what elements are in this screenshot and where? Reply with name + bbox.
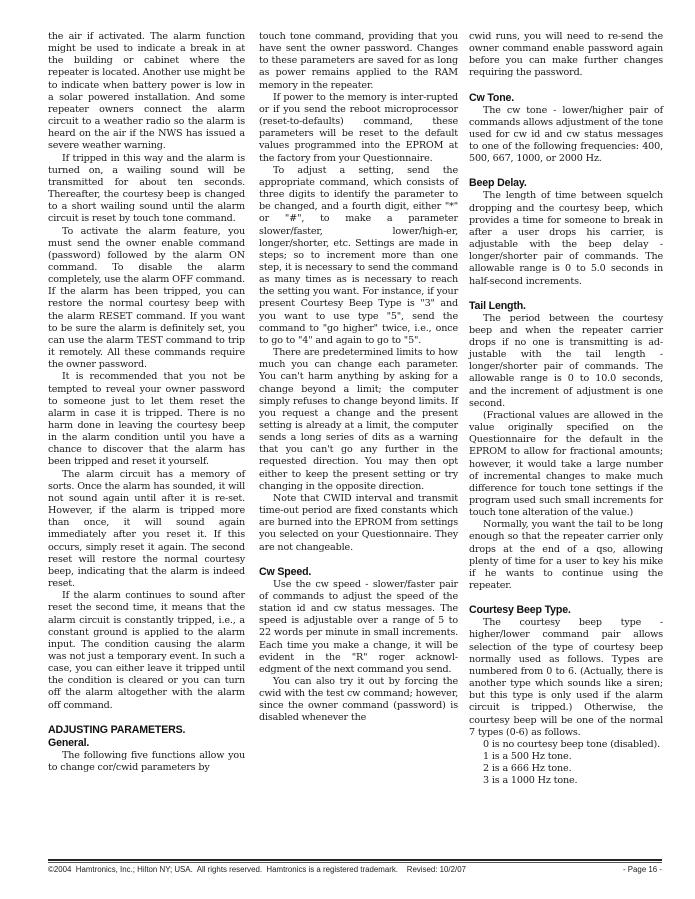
paragraph: The length of time between squelch dropp… xyxy=(469,190,663,287)
paragraph: touch tone command, providing that you h… xyxy=(259,31,458,92)
spacer xyxy=(469,80,663,92)
section-heading-adjusting-parameters: ADJUSTING PARAMETERS. xyxy=(48,724,245,737)
list-item: 3 is a 1000 Hz tone. xyxy=(469,775,663,787)
paragraph: There are predetermined limits to how mu… xyxy=(259,347,458,493)
paragraph: (Fractional values are allowed in the va… xyxy=(469,410,663,519)
paragraph: The following five functions allow you t… xyxy=(48,750,245,774)
paragraph: Use the cw speed - slower/faster pair of… xyxy=(259,579,458,676)
paragraph: The courtesy beep type - higher/lower co… xyxy=(469,617,663,739)
paragraph: The period between the courtesy beep and… xyxy=(469,313,663,410)
paragraph: the air if activated. The alarm function… xyxy=(48,31,245,153)
paragraph: The alarm circuit has a memory of sorts.… xyxy=(48,469,245,591)
spacer xyxy=(469,592,663,604)
subsection-heading-cw-speed: Cw Speed. xyxy=(259,566,458,579)
text-column-2: touch tone command, providing that you h… xyxy=(259,31,458,725)
spacer xyxy=(259,554,458,566)
paragraph: If the alarm continues to sound after re… xyxy=(48,590,245,712)
footer-copyright: ©2004 Hamtronics, Inc.; Hilton NY; USA. … xyxy=(48,865,466,875)
footer-divider xyxy=(48,859,662,863)
list-item: 2 is a 666 Hz tone. xyxy=(469,763,663,775)
spacer xyxy=(469,165,663,177)
subsection-heading-beep-delay: Beep Delay. xyxy=(469,177,663,190)
subsection-heading-cw-tone: Cw Tone. xyxy=(469,92,663,105)
paragraph: The cw tone - lower/higher pair of comma… xyxy=(469,105,663,166)
list-item: 1 is a 500 Hz tone. xyxy=(469,751,663,763)
paragraph: 0 is no courtesy beep tone (disabled). xyxy=(469,739,663,751)
subsection-heading-courtesy-beep-type: Courtesy Beep Type. xyxy=(469,604,663,617)
subsection-heading-tail-length: Tail Length. xyxy=(469,300,663,313)
paragraph: If power to the memory is inter-rupted o… xyxy=(259,92,458,165)
paragraph: If tripped in this way and the alarm is … xyxy=(48,153,245,226)
text-column-1: the air if activated. The alarm function… xyxy=(48,31,245,774)
paragraph: To activate the alarm feature, you must … xyxy=(48,226,245,372)
paragraph: Normally, you want the tail to be long e… xyxy=(469,519,663,592)
page-number: - Page 16 - xyxy=(623,865,662,875)
paragraph: It is recommended that you not be tempte… xyxy=(48,371,245,468)
text-column-3: cwid runs, you will need to re-send the … xyxy=(469,31,663,787)
spacer xyxy=(469,288,663,300)
paragraph: Note that CWID interval and transmit tim… xyxy=(259,493,458,554)
document-page: the air if activated. The alarm function… xyxy=(0,0,695,899)
paragraph: To adjust a setting, send the appropriat… xyxy=(259,165,458,347)
paragraph: cwid runs, you will need to re-send the … xyxy=(469,31,663,80)
paragraph: You can also try it out by forcing the c… xyxy=(259,676,458,725)
subsection-heading-general: General. xyxy=(48,737,245,750)
spacer xyxy=(48,712,245,724)
